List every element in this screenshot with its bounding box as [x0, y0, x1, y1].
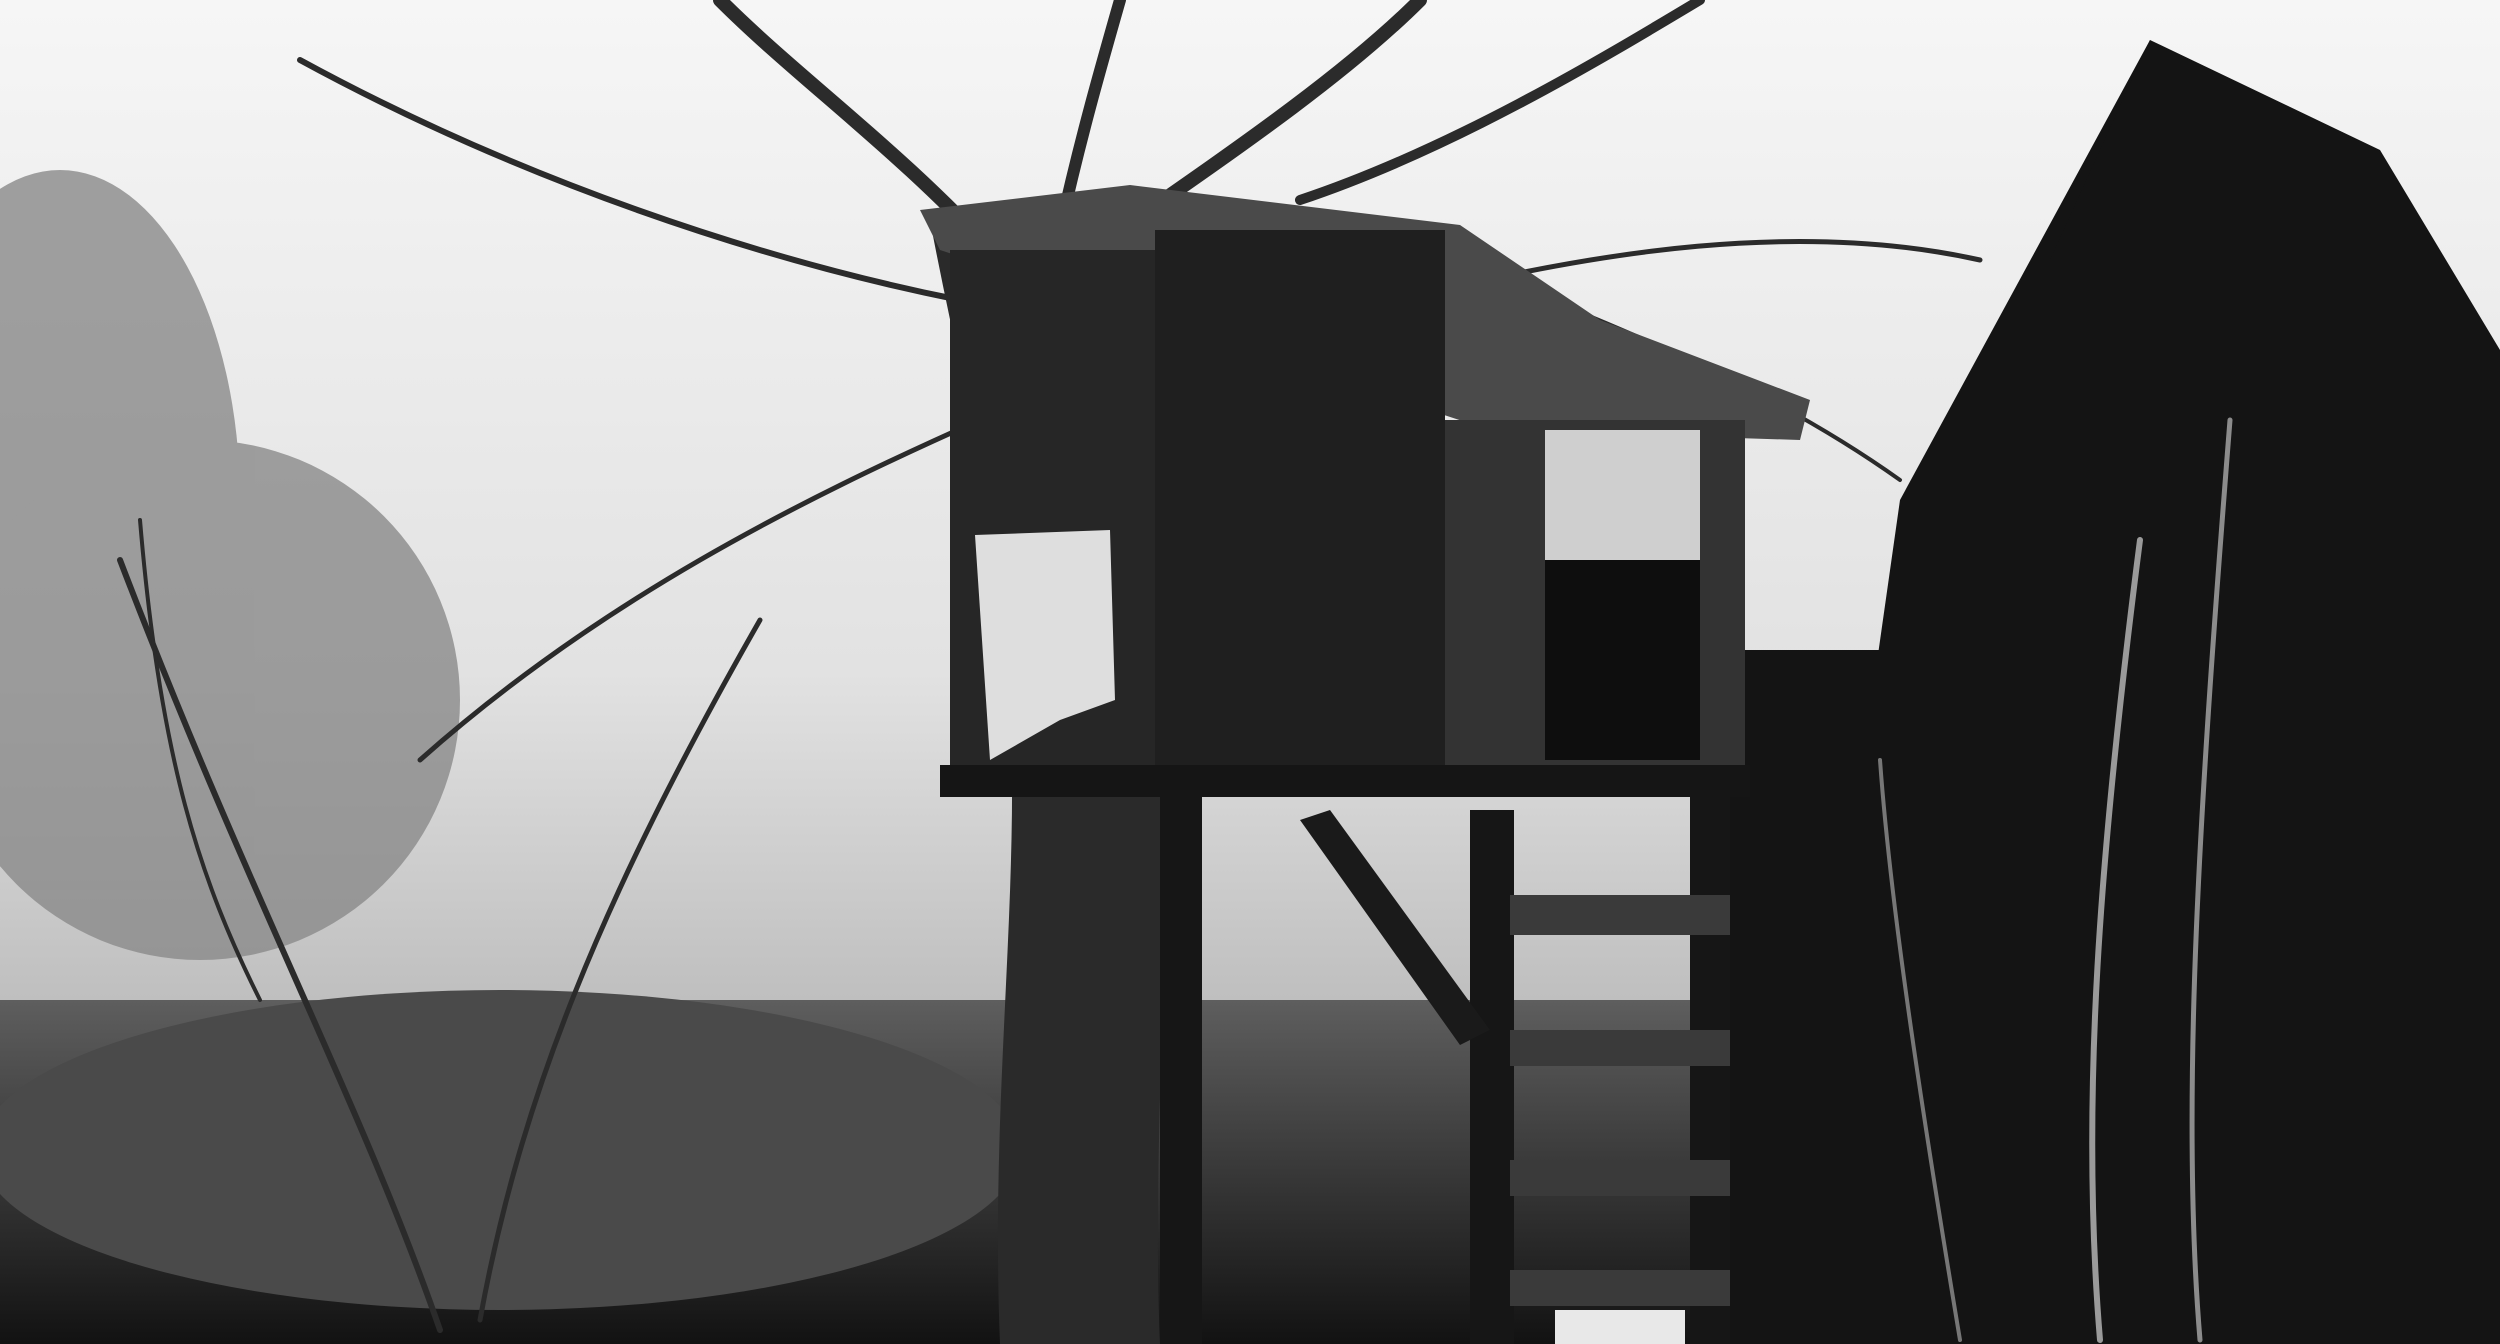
- treehouse-platform: [940, 765, 1750, 797]
- support-post-left: [1160, 790, 1202, 1344]
- treehouse-photo: [0, 0, 2500, 1344]
- treehouse-window-right: [1545, 430, 1700, 570]
- support-post-middle: [1470, 810, 1514, 1344]
- support-post-right: [1690, 790, 1730, 1344]
- treehouse-window-right-shadow: [1545, 560, 1700, 760]
- ground-light-patch: [1555, 1310, 1685, 1344]
- treehouse-front-wall: [1155, 230, 1445, 790]
- photo-illustration: [0, 0, 2500, 1344]
- left-shrubs: [0, 990, 1020, 1310]
